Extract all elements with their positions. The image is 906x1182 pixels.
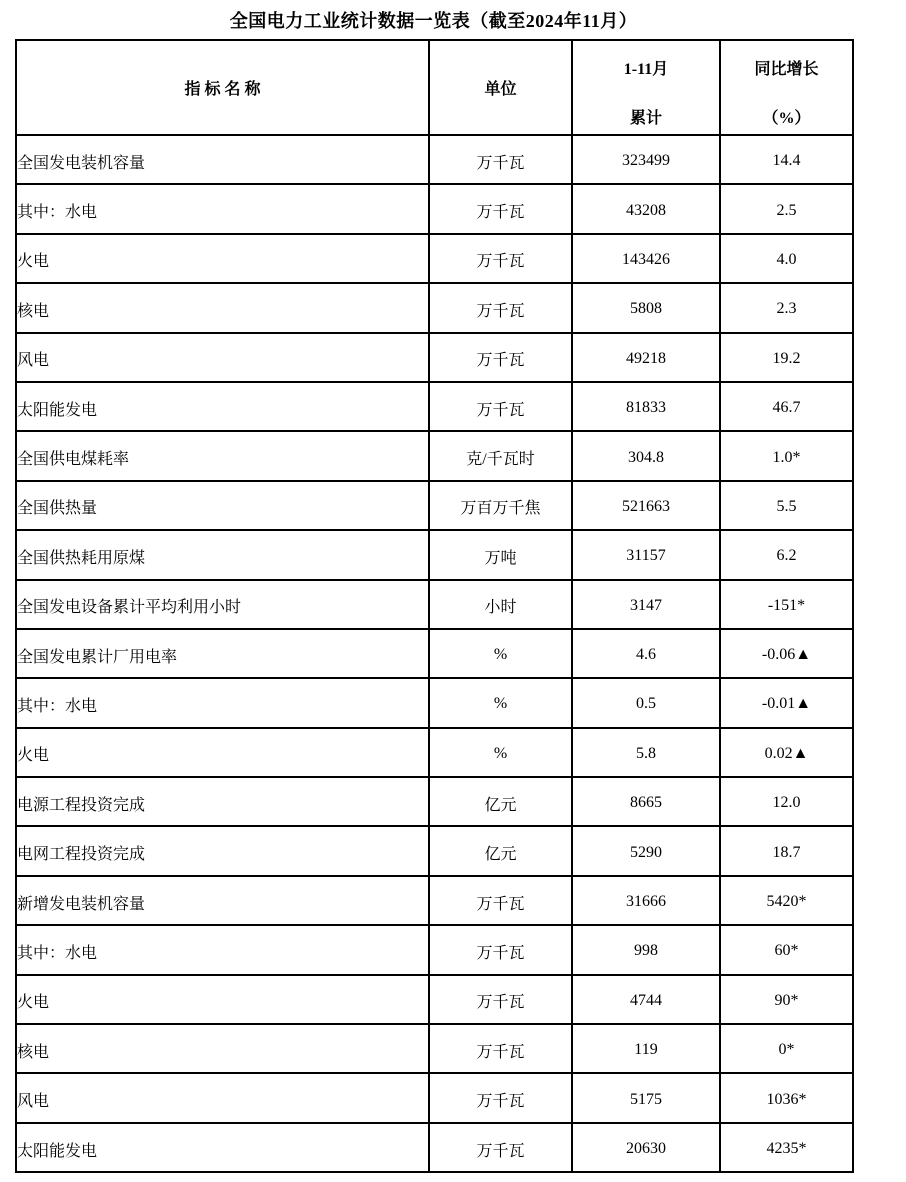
- document-page: 全国电力工业统计数据一览表（截至2024年11月） 指 标 名 称 单位 1-1…: [0, 0, 906, 1182]
- unit-cell: %: [429, 678, 572, 727]
- table-row: 全国发电累计厂用电率%4.6-0.06▲: [16, 629, 853, 678]
- value-cell: 43208: [572, 184, 720, 233]
- yoy-cell: 5420*: [720, 876, 853, 925]
- value-cell: 31666: [572, 876, 720, 925]
- table-row: 其中：水电万千瓦432082.5: [16, 184, 853, 233]
- value-cell: 5.8: [572, 728, 720, 777]
- indicator-cell: 其中：水电: [16, 184, 429, 233]
- table-row: 核电万千瓦1190*: [16, 1024, 853, 1073]
- yoy-cell: 1036*: [720, 1073, 853, 1122]
- unit-cell: 万百万千焦: [429, 481, 572, 530]
- yoy-cell: 19.2: [720, 333, 853, 382]
- yoy-cell: 14.4: [720, 135, 853, 184]
- yoy-cell: 18.7: [720, 826, 853, 875]
- value-cell: 8665: [572, 777, 720, 826]
- table-row: 火电万千瓦1434264.0: [16, 234, 853, 283]
- unit-cell: 万千瓦: [429, 1073, 572, 1122]
- unit-cell: 万千瓦: [429, 1024, 572, 1073]
- table-row: 其中：水电%0.5-0.01▲: [16, 678, 853, 727]
- unit-cell: 万吨: [429, 530, 572, 579]
- indicator-cell: 火电: [16, 728, 429, 777]
- statistics-table: 指 标 名 称 单位 1-11月 累计 同比增长 （%） 全国发电装机容量万千瓦…: [15, 39, 854, 1173]
- header-period-line2: 累计: [630, 105, 662, 128]
- header-period: 1-11月 累计: [572, 40, 720, 135]
- value-cell: 5808: [572, 283, 720, 332]
- header-yoy: 同比增长 （%）: [720, 40, 853, 135]
- value-cell: 323499: [572, 135, 720, 184]
- value-cell: 0.5: [572, 678, 720, 727]
- yoy-cell: 2.5: [720, 184, 853, 233]
- indicator-cell: 电网工程投资完成: [16, 826, 429, 875]
- table-row: 其中：水电万千瓦99860*: [16, 925, 853, 974]
- indicator-cell: 太阳能发电: [16, 1123, 429, 1172]
- unit-cell: 万千瓦: [429, 184, 572, 233]
- table-title: 全国电力工业统计数据一览表（截至2024年11月）: [15, 10, 852, 32]
- indicator-cell: 火电: [16, 234, 429, 283]
- indicator-cell: 风电: [16, 333, 429, 382]
- indicator-cell: 全国发电累计厂用电率: [16, 629, 429, 678]
- table-row: 全国供电煤耗率克/千瓦时304.81.0*: [16, 431, 853, 480]
- table-row: 火电万千瓦474490*: [16, 975, 853, 1024]
- header-unit: 单位: [429, 40, 572, 135]
- table-row: 太阳能发电万千瓦206304235*: [16, 1123, 853, 1172]
- value-cell: 31157: [572, 530, 720, 579]
- table-body: 全国发电装机容量万千瓦32349914.4其中：水电万千瓦432082.5火电万…: [16, 135, 853, 1172]
- table-row: 风电万千瓦51751036*: [16, 1073, 853, 1122]
- value-cell: 143426: [572, 234, 720, 283]
- unit-cell: 万千瓦: [429, 234, 572, 283]
- table-row: 电网工程投资完成亿元529018.7: [16, 826, 853, 875]
- value-cell: 119: [572, 1024, 720, 1073]
- indicator-cell: 全国供电煤耗率: [16, 431, 429, 480]
- table-row: 全国供热量万百万千焦5216635.5: [16, 481, 853, 530]
- value-cell: 998: [572, 925, 720, 974]
- header-yoy-lines: 同比增长 （%）: [721, 48, 852, 128]
- header-row: 指 标 名 称 单位 1-11月 累计 同比增长 （%）: [16, 40, 853, 135]
- yoy-cell: 12.0: [720, 777, 853, 826]
- unit-cell: 万千瓦: [429, 135, 572, 184]
- indicator-cell: 全国发电设备累计平均利用小时: [16, 580, 429, 629]
- value-cell: 521663: [572, 481, 720, 530]
- table-row: 电源工程投资完成亿元866512.0: [16, 777, 853, 826]
- indicator-cell: 电源工程投资完成: [16, 777, 429, 826]
- unit-cell: 亿元: [429, 777, 572, 826]
- unit-cell: 万千瓦: [429, 283, 572, 332]
- unit-cell: 克/千瓦时: [429, 431, 572, 480]
- yoy-cell: 2.3: [720, 283, 853, 332]
- table-row: 核电万千瓦58082.3: [16, 283, 853, 332]
- header-period-lines: 1-11月 累计: [573, 48, 719, 128]
- indicator-cell: 全国供热量: [16, 481, 429, 530]
- header-yoy-line1: 同比增长: [754, 56, 818, 79]
- value-cell: 4.6: [572, 629, 720, 678]
- yoy-cell: 1.0*: [720, 431, 853, 480]
- value-cell: 81833: [572, 382, 720, 431]
- yoy-cell: 5.5: [720, 481, 853, 530]
- indicator-cell: 火电: [16, 975, 429, 1024]
- value-cell: 20630: [572, 1123, 720, 1172]
- table-row: 新增发电装机容量万千瓦316665420*: [16, 876, 853, 925]
- value-cell: 4744: [572, 975, 720, 1024]
- header-yoy-line2: （%）: [762, 105, 810, 128]
- table-row: 全国供热耗用原煤万吨311576.2: [16, 530, 853, 579]
- unit-cell: %: [429, 728, 572, 777]
- value-cell: 304.8: [572, 431, 720, 480]
- yoy-cell: 0.02▲: [720, 728, 853, 777]
- yoy-cell: 4.0: [720, 234, 853, 283]
- yoy-cell: 46.7: [720, 382, 853, 431]
- yoy-cell: -0.01▲: [720, 678, 853, 727]
- table-row: 全国发电设备累计平均利用小时小时3147-151*: [16, 580, 853, 629]
- indicator-cell: 新增发电装机容量: [16, 876, 429, 925]
- indicator-cell: 核电: [16, 283, 429, 332]
- indicator-cell: 其中：水电: [16, 925, 429, 974]
- unit-cell: 万千瓦: [429, 876, 572, 925]
- header-period-line1: 1-11月: [624, 56, 668, 79]
- table-row: 太阳能发电万千瓦8183346.7: [16, 382, 853, 431]
- yoy-cell: 6.2: [720, 530, 853, 579]
- indicator-cell: 太阳能发电: [16, 382, 429, 431]
- value-cell: 5290: [572, 826, 720, 875]
- unit-cell: %: [429, 629, 572, 678]
- unit-cell: 万千瓦: [429, 975, 572, 1024]
- unit-cell: 万千瓦: [429, 1123, 572, 1172]
- unit-cell: 万千瓦: [429, 925, 572, 974]
- indicator-cell: 核电: [16, 1024, 429, 1073]
- indicator-cell: 风电: [16, 1073, 429, 1122]
- yoy-cell: 60*: [720, 925, 853, 974]
- yoy-cell: -151*: [720, 580, 853, 629]
- indicator-cell: 全国供热耗用原煤: [16, 530, 429, 579]
- table-row: 火电%5.80.02▲: [16, 728, 853, 777]
- header-indicator: 指 标 名 称: [16, 40, 429, 135]
- unit-cell: 万千瓦: [429, 382, 572, 431]
- yoy-cell: -0.06▲: [720, 629, 853, 678]
- indicator-cell: 其中：水电: [16, 678, 429, 727]
- unit-cell: 万千瓦: [429, 333, 572, 382]
- yoy-cell: 4235*: [720, 1123, 853, 1172]
- unit-cell: 小时: [429, 580, 572, 629]
- table-row: 全国发电装机容量万千瓦32349914.4: [16, 135, 853, 184]
- indicator-cell: 全国发电装机容量: [16, 135, 429, 184]
- value-cell: 49218: [572, 333, 720, 382]
- unit-cell: 亿元: [429, 826, 572, 875]
- value-cell: 3147: [572, 580, 720, 629]
- yoy-cell: 0*: [720, 1024, 853, 1073]
- value-cell: 5175: [572, 1073, 720, 1122]
- table-header: 指 标 名 称 单位 1-11月 累计 同比增长 （%）: [16, 40, 853, 135]
- yoy-cell: 90*: [720, 975, 853, 1024]
- table-row: 风电万千瓦4921819.2: [16, 333, 853, 382]
